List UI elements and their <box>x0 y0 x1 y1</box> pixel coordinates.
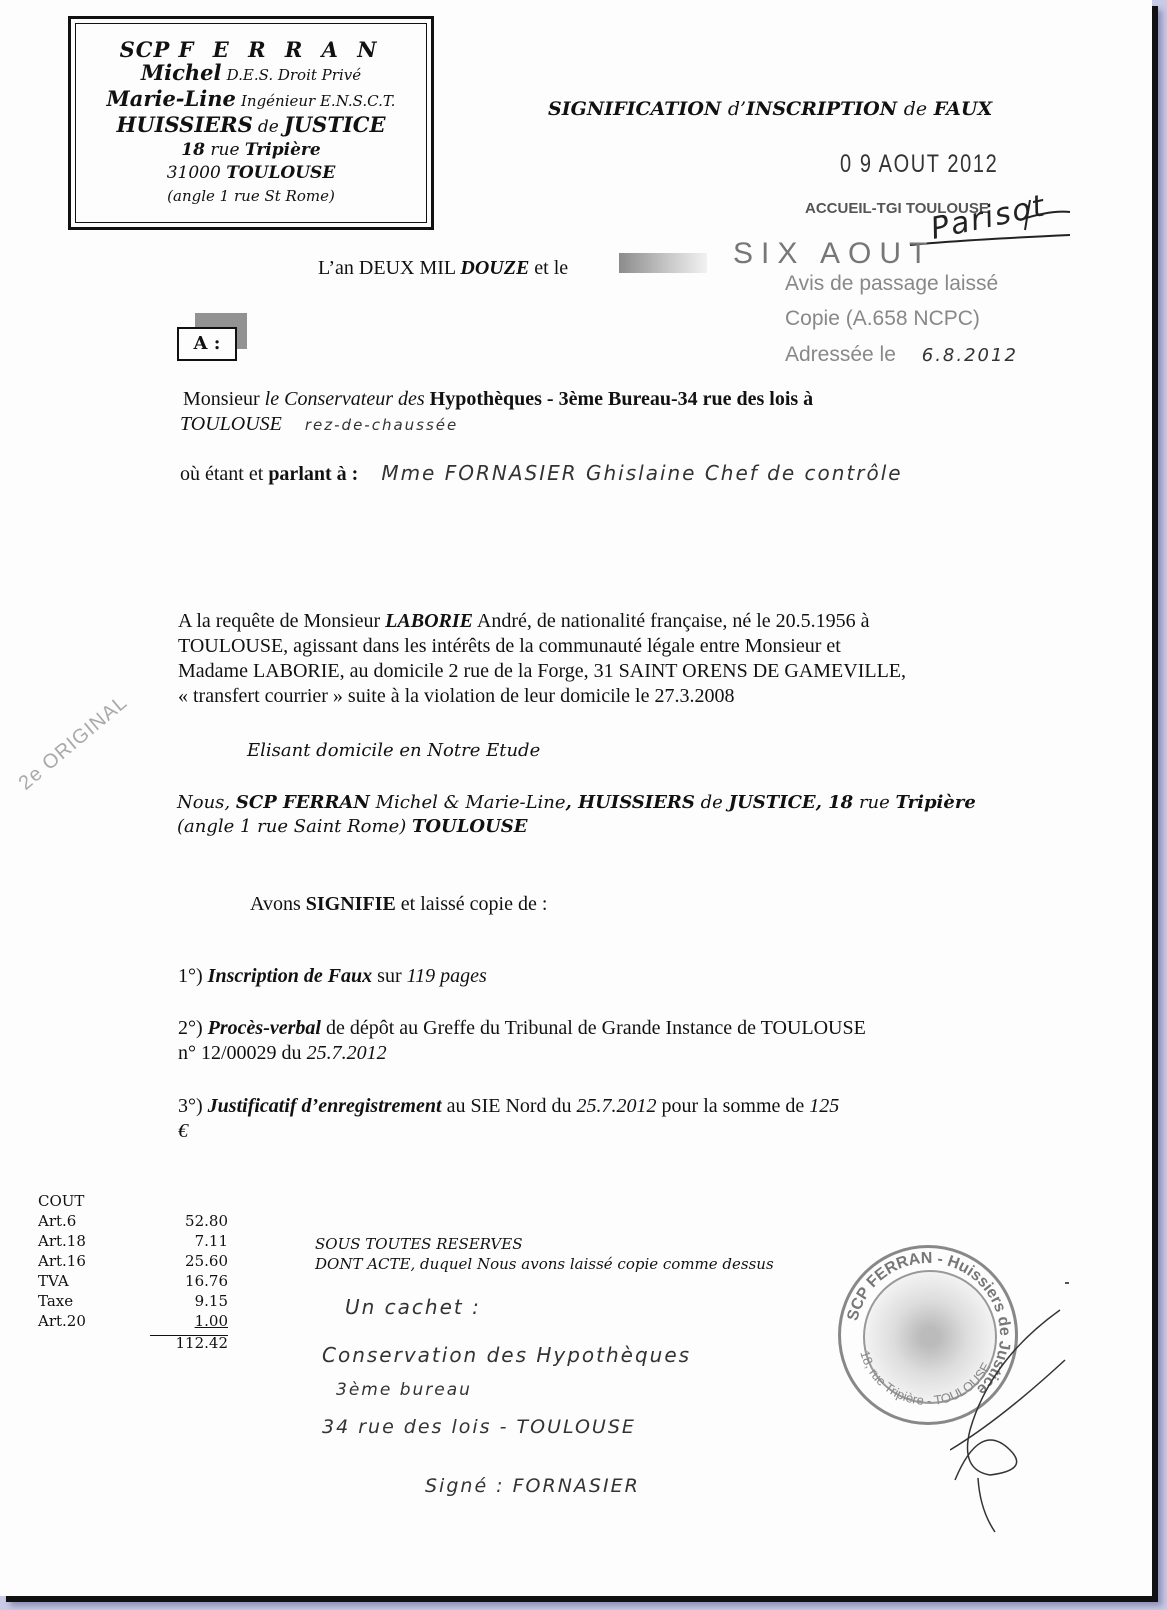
marieline-title: Ingénieur E.N.S.C.T. <box>241 92 395 110</box>
cost-label: Art.16 <box>38 1252 86 1270</box>
handwritten-floor: rez-de-chaussée <box>305 416 458 434</box>
document-title: SIGNIFICATION d’INSCRIPTION de FAUX <box>548 98 992 120</box>
bailiff-marieline: Marie-Line <box>107 86 236 111</box>
cost-value: 52.80 <box>185 1212 228 1230</box>
cost-row: Art.187.11 <box>38 1232 228 1252</box>
signifie-line: Avons SIGNIFIE et laissé copie de : <box>250 893 547 916</box>
handwritten-note-2: Conservation des Hypothèques <box>322 1343 691 1367</box>
adressee-stamp: Adressée le 6.8.2012 <box>785 343 1018 367</box>
seal-signature-icon <box>950 1300 1070 1540</box>
item-3-line-2: € <box>178 1120 188 1143</box>
michel-title: D.E.S. Droit Privé <box>227 66 362 84</box>
firm-prefix: SCP <box>120 37 171 62</box>
cost-label: Taxe <box>38 1292 73 1310</box>
huissiers-label: HUISSIERS <box>116 112 252 137</box>
cost-total: 112.42 <box>150 1334 228 1352</box>
adressee-date: 6.8.2012 <box>922 345 1018 366</box>
address-angle: (angle 1 rue St Rome) <box>76 185 426 208</box>
cost-label: Art.20 <box>38 1312 86 1330</box>
handwritten-note-3: 3ème bureau <box>336 1380 472 1400</box>
handwritten-person: Mme FORNASIER Ghislaine Chef de contrôle <box>381 461 902 485</box>
requete-line-4: « transfert courrier » suite à la violat… <box>178 685 735 708</box>
item-2: 2°) Procès-verbal de dépôt au Greffe du … <box>178 1017 866 1040</box>
de-label: de <box>258 117 279 137</box>
handwritten-note-1: Un cachet : <box>345 1295 481 1319</box>
cost-title: COUT <box>38 1192 84 1210</box>
item-2-line-2: n° 12/00029 du 25.7.2012 <box>178 1042 387 1065</box>
received-date-stamp: 0 9 AOUT 2012 <box>840 150 998 179</box>
parlant-line: où étant et parlant à : Mme FORNASIER Gh… <box>180 461 903 486</box>
document-page: SCP F E R R A N Michel D.E.S. Droit Priv… <box>0 0 1152 1596</box>
recipient-line: Monsieur le Conservateur des Hypothèques… <box>183 388 813 411</box>
handwritten-note-4: 34 rue des lois - TOULOUSE <box>322 1416 636 1438</box>
handwritten-note-5: Signé : FORNASIER <box>425 1475 640 1497</box>
original-mark-stamp: 2e ORIGINAL <box>15 691 133 795</box>
cost-label: Art.6 <box>38 1212 76 1230</box>
dont-acte-line: DONT ACTE, duquel Nous avons laissé copi… <box>315 1255 774 1273</box>
city: TOULOUSE <box>226 163 335 183</box>
postcode: 31000 <box>167 163 221 183</box>
cost-row: TVA16.76 <box>38 1272 228 1292</box>
street-rue: rue <box>210 140 239 160</box>
cost-label: TVA <box>38 1272 69 1290</box>
date-line: L’an DEUX MIL DOUZE et le <box>318 257 568 280</box>
firm-name: F E R R A N <box>179 37 383 62</box>
justice-label: JUSTICE <box>284 112 386 137</box>
cost-label: Art.18 <box>38 1232 86 1250</box>
redacted-area <box>619 253 707 273</box>
cost-value: 9.15 <box>195 1292 228 1310</box>
cost-value: 16.76 <box>185 1272 228 1290</box>
elisant-line: Elisant domicile en Notre Etude <box>247 740 540 761</box>
street-name: Tripière <box>245 140 321 160</box>
cost-value: 7.11 <box>195 1232 228 1250</box>
letterhead-box: SCP F E R R A N Michel D.E.S. Droit Priv… <box>68 16 434 230</box>
nous-line-2: (angle 1 rue Saint Rome) TOULOUSE <box>177 816 528 837</box>
cost-row: Taxe9.15 <box>38 1292 228 1312</box>
avis-passage-stamp: Avis de passage laissé <box>785 272 998 296</box>
cost-row: Art.652.80 <box>38 1212 228 1232</box>
item-3: 3°) Justificatif d’enregistrement au SIE… <box>178 1095 839 1118</box>
reserves-line: SOUS TOUTES RESERVES <box>315 1235 523 1253</box>
recipient-city-line: TOULOUSE rez-de-chaussée <box>180 413 458 436</box>
cost-row: Art.201.00 <box>38 1312 228 1332</box>
requete-line-2: TOULOUSE, agissant dans les intérêts de … <box>178 635 841 658</box>
copie-stamp: Copie (A.658 NCPC) <box>785 307 980 331</box>
requete-line-3: Madame LABORIE, au domicile 2 rue de la … <box>178 660 906 683</box>
a-box: A : <box>177 327 237 361</box>
cost-row: Art.1625.60 <box>38 1252 228 1272</box>
bailiff-michel: Michel <box>141 60 222 85</box>
typed-date-stamp: SIX AOUT <box>733 237 935 271</box>
nous-line-1: Nous, SCP FERRAN Michel & Marie-Line, HU… <box>177 792 976 813</box>
cost-value: 1.00 <box>195 1312 228 1330</box>
cost-value: 25.60 <box>185 1252 228 1270</box>
speck <box>1065 1282 1069 1284</box>
item-1: 1°) Inscription de Faux sur 119 pages <box>178 965 487 988</box>
requete-line-1: A la requête de Monsieur LABORIE André, … <box>178 610 870 633</box>
street-number: 18 <box>181 140 205 160</box>
